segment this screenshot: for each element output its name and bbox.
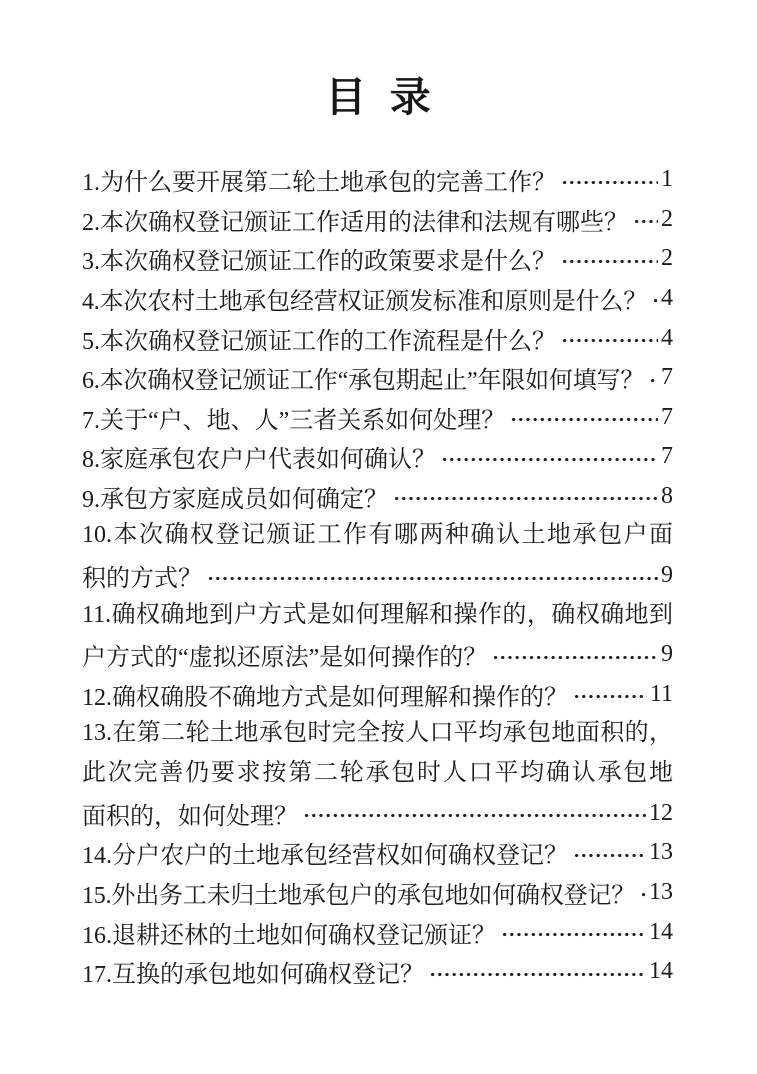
toc-entry: 4.本次农村土地承包经营权证颁发标准和原则是什么？4 [82, 279, 673, 319]
toc-entry-line: 12.确权确股不确地方式是如何理解和操作的？11 [82, 675, 673, 715]
toc-entry: 10.本次确权登记颁证工作有哪两种确认土地承包户面积的方式？9 [82, 516, 673, 595]
entry-number: 2. [82, 210, 100, 236]
entry-text: 12.确权确股不确地方式是如何理解和操作的？ [82, 677, 568, 712]
toc-entry-line: 3.本次确权登记颁证工作的政策要求是什么？2 [82, 239, 673, 279]
entry-text: 7.关于“户、地、人”三者关系如何处理？ [82, 400, 505, 435]
entry-text: 11.确权确地到户方式是如何理解和操作的，确权确地到 [82, 602, 673, 628]
toc-entry-line: 7.关于“户、地、人”三者关系如何处理？7 [82, 398, 673, 438]
entry-page-number: 1 [661, 166, 673, 193]
toc-entry: 6.本次确权登记颁证工作“承包期起止”年限如何填写？7 [82, 358, 673, 398]
entry-page-number: 14 [649, 958, 673, 985]
toc-list: 1.为什么要开展第二轮土地承包的完善工作？12.本次确权登记颁证工作适用的法律和… [82, 160, 673, 991]
entry-page-number: 13 [649, 879, 673, 906]
dot-leader [429, 952, 646, 992]
toc-page: 目 录 1.为什么要开展第二轮土地承包的完善工作？12.本次确权登记颁证工作适用… [0, 0, 757, 1074]
dot-leader [303, 794, 646, 834]
entry-number: 10. [82, 522, 112, 548]
toc-entry-line: 16.退耕还林的土地如何确权登记颁证？14 [82, 912, 673, 952]
entry-number: 11. [82, 602, 111, 628]
dot-leader [573, 833, 646, 873]
entry-page-number: 12 [649, 800, 673, 827]
entry-page-number: 8 [661, 483, 673, 510]
entry-page-number: 9 [661, 641, 673, 668]
entry-text: 17.互换的承包地如何确权登记？ [82, 954, 424, 989]
entry-text: 10.本次确权登记颁证工作有哪两种确认土地承包户面 [82, 522, 673, 548]
entry-number: 14. [82, 843, 112, 869]
page-title: 目 录 [0, 64, 757, 123]
toc-entry-line: 积的方式？9 [82, 556, 673, 596]
entry-text: 9.承包方家庭成员如何确定？ [82, 479, 388, 514]
entry-number: 4. [82, 289, 100, 315]
dot-leader [561, 318, 658, 358]
toc-entry: 2.本次确权登记颁证工作适用的法律和法规有哪些？2 [82, 200, 673, 240]
toc-entry: 11.确权确地到户方式是如何理解和操作的，确权确地到户方式的“虚拟还原法”是如何… [82, 596, 673, 675]
dot-leader [393, 477, 658, 517]
entry-page-number: 4 [661, 325, 673, 352]
toc-entry: 13.在第二轮土地承包时完全按人口平均承包地面积的，此次完善仍要求按第二轮承包时… [82, 714, 673, 833]
entry-page-number: 7 [661, 443, 673, 470]
entry-number: 12. [82, 685, 112, 711]
entry-number: 3. [82, 249, 100, 275]
toc-entry: 14.分户农户的土地承包经营权如何确权登记？13 [82, 833, 673, 873]
entry-number: 7. [82, 408, 100, 434]
toc-entry-line: 6.本次确权登记颁证工作“承包期起止”年限如何填写？7 [82, 358, 673, 398]
entry-text: 此次完善仍要求按第二轮承包时人口平均确认承包地 [82, 760, 673, 786]
entry-text: 5.本次确权登记颁证工作的工作流程是什么？ [82, 321, 556, 356]
toc-entry-line: 17.互换的承包地如何确权登记？14 [82, 952, 673, 992]
toc-entry: 15.外出务工未归土地承包户的承包地如何确权登记？13 [82, 873, 673, 913]
entry-number: 5. [82, 329, 100, 355]
toc-entry-line: 15.外出务工未归土地承包户的承包地如何确权登记？13 [82, 873, 673, 913]
entry-number: 6. [82, 368, 100, 394]
entry-text: 面积的，如何处理？ [82, 796, 298, 831]
entry-page-number: 14 [649, 919, 673, 946]
toc-entry-line: 2.本次确权登记颁证工作适用的法律和法规有哪些？2 [82, 200, 673, 240]
dot-leader [652, 279, 658, 319]
toc-entry: 5.本次确权登记颁证工作的工作流程是什么？4 [82, 318, 673, 358]
entry-page-number: 4 [661, 285, 673, 312]
entry-text: 积的方式？ [82, 558, 202, 593]
entry-number: 17. [82, 962, 112, 988]
entry-page-number: 9 [661, 562, 673, 589]
entry-text: 16.退耕还林的土地如何确权登记颁证？ [82, 915, 496, 950]
toc-entry-line: 面积的，如何处理？12 [82, 794, 673, 834]
entry-text: 4.本次农村土地承包经营权证颁发标准和原则是什么？ [82, 281, 647, 316]
dot-leader [573, 675, 647, 715]
toc-entry: 3.本次确权登记颁证工作的政策要求是什么？2 [82, 239, 673, 279]
entry-text: 1.为什么要开展第二轮土地承包的完善工作？ [82, 162, 556, 197]
toc-entry-line: 4.本次农村土地承包经营权证颁发标准和原则是什么？4 [82, 279, 673, 319]
entry-text: 6.本次确权登记颁证工作“承包期起止”年限如何填写？ [82, 360, 644, 395]
entry-number: 15. [82, 883, 111, 909]
dot-leader [501, 912, 646, 952]
entry-number: 1. [82, 170, 100, 196]
toc-entry-line: 户方式的“虚拟还原法”是如何操作的？9 [82, 635, 673, 675]
toc-entry: 8.家庭承包农户户代表如何确认？7 [82, 437, 673, 477]
toc-entry: 1.为什么要开展第二轮土地承包的完善工作？1 [82, 160, 673, 200]
dot-leader [649, 358, 658, 398]
toc-entry-line: 11.确权确地到户方式是如何理解和操作的，确权确地到 [82, 596, 673, 636]
entry-page-number: 2 [661, 206, 673, 233]
entry-number: 13. [82, 720, 112, 746]
toc-entry-line: 9.承包方家庭成员如何确定？8 [82, 477, 673, 517]
toc-entry: 12.确权确股不确地方式是如何理解和操作的？11 [82, 675, 673, 715]
entry-page-number: 7 [661, 404, 673, 431]
toc-entry: 7.关于“户、地、人”三者关系如何处理？7 [82, 398, 673, 438]
toc-entry-line: 此次完善仍要求按第二轮承包时人口平均确认承包地 [82, 754, 673, 794]
entry-text: 8.家庭承包农户户代表如何确认？ [82, 439, 436, 474]
toc-entry-line: 8.家庭承包农户户代表如何确认？7 [82, 437, 673, 477]
entry-number: 9. [82, 487, 100, 513]
entry-text: 14.分户农户的土地承包经营权如何确权登记？ [82, 835, 568, 870]
entry-number: 8. [82, 447, 100, 473]
toc-entry-line: 13.在第二轮土地承包时完全按人口平均承包地面积的， [82, 714, 673, 754]
toc-entry-line: 10.本次确权登记颁证工作有哪两种确认土地承包户面 [82, 516, 673, 556]
dot-leader [510, 398, 658, 438]
entry-number: 16. [82, 923, 112, 949]
entry-page-number: 2 [661, 245, 673, 272]
entry-page-number: 11 [650, 681, 673, 708]
dot-leader [441, 437, 658, 477]
toc-entry: 16.退耕还林的土地如何确权登记颁证？14 [82, 912, 673, 952]
entry-text: 13.在第二轮土地承包时完全按人口平均承包地面积的， [82, 720, 673, 746]
toc-entry-line: 5.本次确权登记颁证工作的工作流程是什么？4 [82, 318, 673, 358]
entry-text: 15.外出务工未归土地承包户的承包地如何确权登记？ [82, 875, 635, 910]
entry-text: 2.本次确权登记颁证工作适用的法律和法规有哪些？ [82, 202, 628, 237]
entry-text: 3.本次确权登记颁证工作的政策要求是什么？ [82, 241, 556, 276]
dot-leader [561, 160, 658, 200]
dot-leader [492, 635, 658, 675]
entry-text: 户方式的“虚拟还原法”是如何操作的？ [82, 637, 487, 672]
dot-leader [633, 200, 658, 240]
dot-leader [207, 556, 658, 596]
entry-page-number: 7 [661, 364, 673, 391]
dot-leader [640, 873, 646, 913]
dot-leader [561, 239, 658, 279]
entry-page-number: 13 [649, 839, 673, 866]
toc-entry: 17.互换的承包地如何确权登记？14 [82, 952, 673, 992]
toc-entry-line: 1.为什么要开展第二轮土地承包的完善工作？1 [82, 160, 673, 200]
toc-entry-line: 14.分户农户的土地承包经营权如何确权登记？13 [82, 833, 673, 873]
toc-entry: 9.承包方家庭成员如何确定？8 [82, 477, 673, 517]
